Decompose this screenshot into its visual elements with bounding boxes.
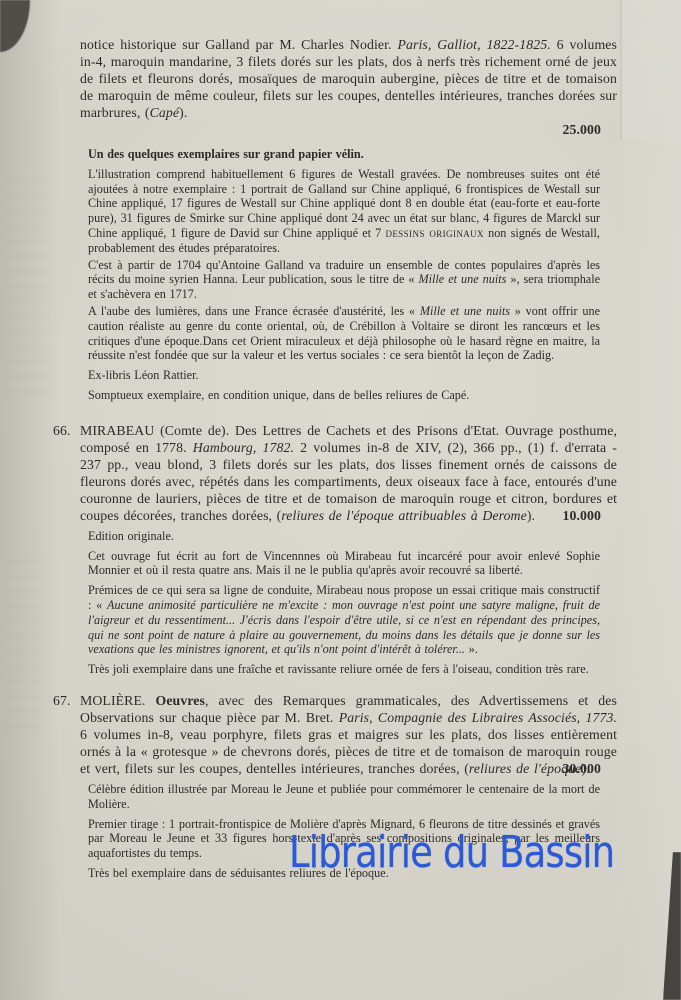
entry-65-continuation: notice historique sur Galland par M. Cha… xyxy=(80,36,617,138)
note-grand-papier-velin: Un des quelques exemplaires sur grand pa… xyxy=(88,147,600,162)
page-fore-edge-line xyxy=(620,0,681,140)
note-ex-libris: Ex-libris Léon Rattier. xyxy=(88,368,600,383)
text-run: Mille et une nuits xyxy=(419,272,507,286)
text-run: Mille et une nuits xyxy=(420,304,510,318)
entry-67-moliere: 67.MOLIÈRE. Oeuvres, avec des Remarques … xyxy=(80,692,617,777)
text-run: notice historique sur Galland par M. Cha… xyxy=(80,37,397,52)
note-aube-des-lumieres: A l'aube des lumières, dans une France é… xyxy=(88,304,600,363)
text-run: Paris, Galliot, 1822-1825. xyxy=(397,37,550,52)
text-run: A l'aube des lumières, dans une France é… xyxy=(88,304,420,318)
text-run: dessins originaux xyxy=(385,226,483,240)
text-run: Somptueux exemplaire, en condition uniqu… xyxy=(88,388,469,402)
note-celebre-edition: Célèbre édition illustrée par Moreau le … xyxy=(88,782,600,812)
note-galland-1704: C'est à partir de 1704 qu'Antoine Gallan… xyxy=(88,258,600,302)
note-vincennes: Cet ouvrage fut écrit au fort de Vincenn… xyxy=(88,549,600,579)
note-edition-originale: Edition originale. xyxy=(88,529,600,544)
text-run: MOLIÈRE. xyxy=(80,693,156,708)
text-run: Aucune animosité particulière ne m'excit… xyxy=(88,598,600,656)
note-illustration-westall: L'illustration comprend habituellement 6… xyxy=(88,167,600,256)
note-premices-citation: Prémices de ce qui sera sa ligne de cond… xyxy=(88,583,600,657)
text-run: Un des quelques exemplaires sur grand pa… xyxy=(88,147,364,161)
text-run: Capé xyxy=(150,105,180,120)
entry-number: 67. xyxy=(53,692,71,709)
note-somptueux: Somptueux exemplaire, en condition uniqu… xyxy=(88,388,600,403)
text-run: ». xyxy=(465,642,478,656)
text-run: ). xyxy=(179,105,187,120)
price: 25.000 xyxy=(80,121,617,138)
text-run: ). xyxy=(527,508,535,523)
text-run: Oeuvres xyxy=(156,693,206,708)
catalog-page-photo: notice historique sur Galland par M. Cha… xyxy=(0,0,681,1000)
text-run: Hambourg, 1782. xyxy=(193,440,294,455)
note-tres-joli-exemplaire: Très joli exemplaire dans une fraîche et… xyxy=(88,662,600,677)
text-run: Cet ouvrage fut écrit au fort de Vincenn… xyxy=(88,549,600,578)
librairie-du-bassin-watermark: Librairie du Bassin xyxy=(289,827,614,878)
text-run: reliures de l'époque attribuables à Dero… xyxy=(281,508,527,523)
text-column: notice historique sur Galland par M. Cha… xyxy=(0,0,681,881)
text-run: Paris, Compagnie des Libraires Associés,… xyxy=(339,710,617,725)
text-run: Célèbre édition illustrée par Moreau le … xyxy=(88,782,600,811)
text-run: Ex-libris Léon Rattier. xyxy=(88,368,199,382)
entry-number: 66. xyxy=(53,422,71,439)
text-run: Très joli exemplaire dans une fraîche et… xyxy=(88,662,589,676)
text-run: Edition originale. xyxy=(88,529,174,543)
entry-66-mirabeau: 66.MIRABEAU (Comte de). Des Lettres de C… xyxy=(80,422,617,524)
